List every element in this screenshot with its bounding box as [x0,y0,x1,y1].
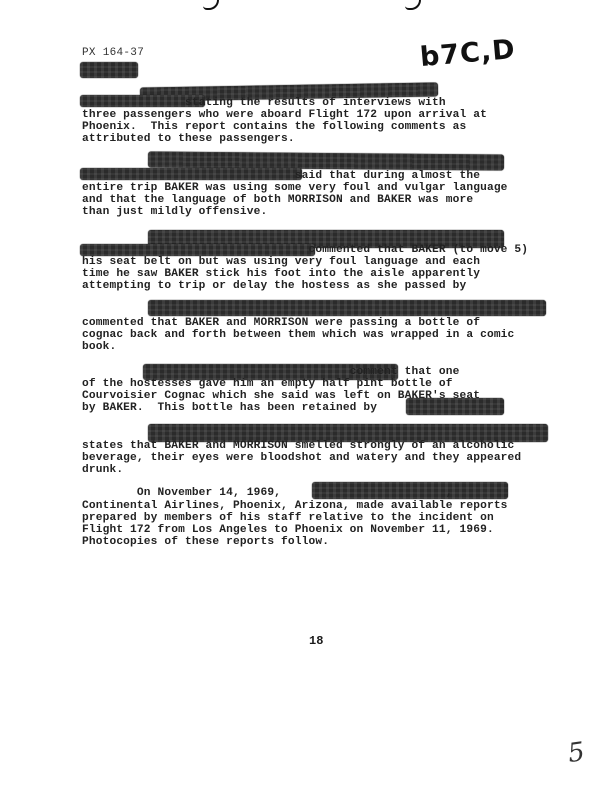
text-line: cognac back and forth between them which… [82,329,514,342]
text-line: Photocopies of these reports follow. [82,536,329,549]
text-line: beverage, their eyes were bloodshot and … [82,452,521,465]
text-line: attempting to trip or delay the hostess … [82,280,466,293]
text-line: attributed to these passengers. [82,133,295,146]
redaction-block [80,62,138,78]
page-number: 18 [309,634,323,648]
text-line: by BAKER. This bottle has been retained … [82,402,377,415]
file-number: PX 164-37 [82,47,144,59]
binding-hook-mark-right [405,0,421,10]
text-line: On November 14, 1969, , [82,487,453,500]
handwritten-exemption-note: b7C,D [419,34,517,73]
handwritten-page-mark: 5 [566,737,587,769]
redaction-block [148,300,546,316]
text-line: than just mildly offensive. [82,206,267,219]
text-line: drunk. [82,464,123,477]
binding-hook-mark-left [203,0,219,10]
text-line: book. [82,341,116,354]
document-page: PX 164-37 b7C,D stating the results of i… [0,0,592,800]
